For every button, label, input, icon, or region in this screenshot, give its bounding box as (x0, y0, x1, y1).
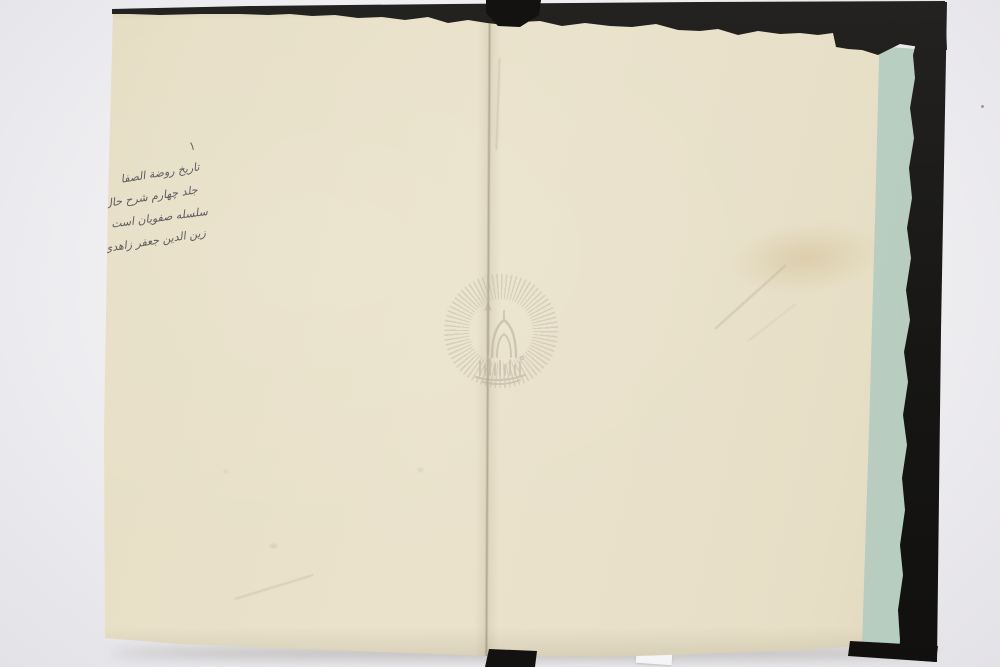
dust-speck (981, 105, 984, 108)
handwritten-inscription: تاریخ روضة الصفا جلد چهارم شرح حال سلسله… (101, 157, 212, 258)
inscription-line: زین الدین جعفر زاهدی (110, 222, 207, 259)
page-crease (495, 58, 500, 150)
cover-top-edge (0, 0, 1000, 667)
ink-smudge (270, 544, 277, 548)
spine-strap-top (0, 0, 1000, 667)
page-crease (748, 304, 796, 342)
ink-smudge (224, 470, 228, 473)
library-emblem-watermark-icon (428, 261, 574, 407)
dome-minaret-icon (428, 261, 574, 407)
sunburst-ring-icon (428, 261, 574, 407)
ink-smudge (418, 468, 423, 472)
cover-bottom-corner (0, 0, 1000, 667)
inscription-line: سلسله صفویان است (107, 201, 209, 236)
page-spread: تاریخ روضة الصفا جلد چهارم شرح حال سلسله… (0, 0, 1000, 667)
page-crease (234, 574, 313, 600)
page-number-mark: ۱ (188, 139, 197, 154)
inscription-line: تاریخ روضة الصفا (101, 156, 201, 193)
page-stain (725, 216, 886, 300)
paper-scrap (636, 652, 673, 665)
page-shading (0, 0, 1000, 667)
book-shadow (112, 646, 938, 660)
inscription-line: جلد چهارم شرح حال (104, 179, 199, 215)
page-crease (715, 264, 787, 329)
center-fold-crease (474, 18, 501, 660)
endpaper-green (0, 0, 1000, 667)
cover-right-edge (0, 0, 1000, 667)
spine-strap-bottom (0, 0, 1000, 667)
manuscript-photo: تاریخ روضة الصفا جلد چهارم شرح حال سلسله… (0, 0, 1000, 667)
